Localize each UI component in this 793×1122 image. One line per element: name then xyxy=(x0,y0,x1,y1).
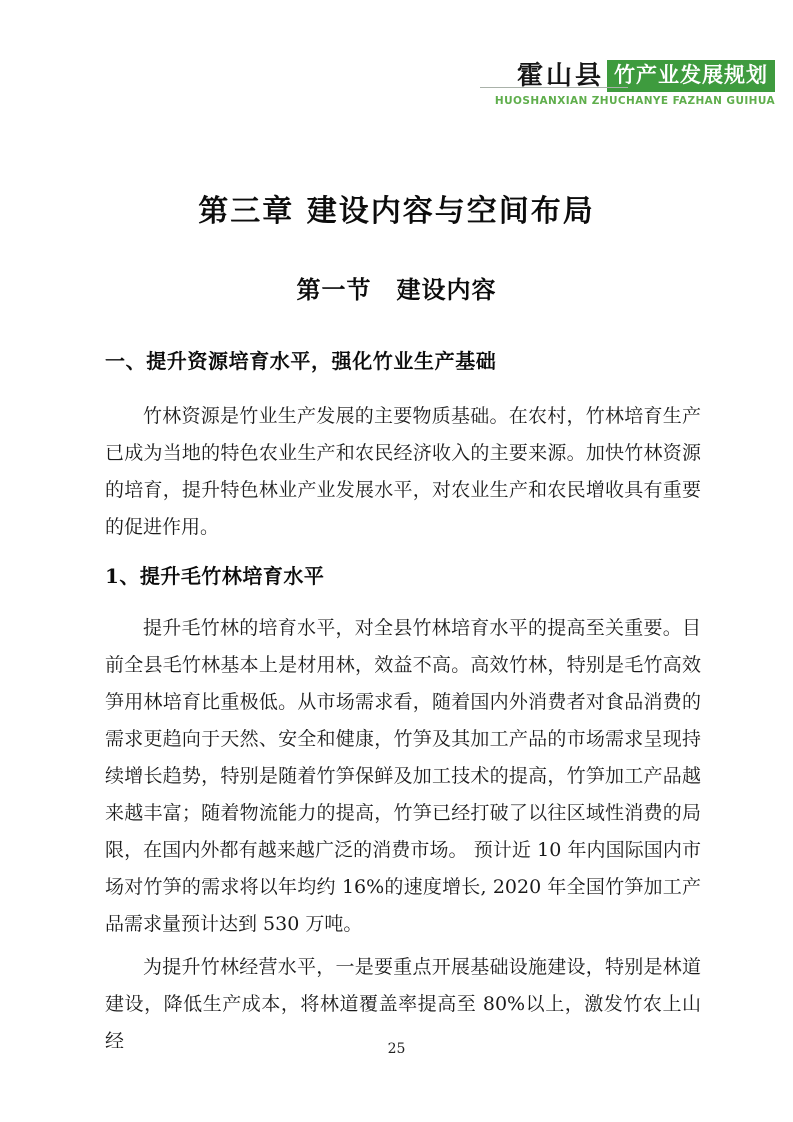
page-header: 霍山县 竹产业发展规划 HUOSHANXIAN ZHUCHANYE FAZHAN… xyxy=(495,60,775,107)
section-title: 第一节 建设内容 xyxy=(0,274,793,306)
header-subtitle-pinyin: HUOSHANXIAN ZHUCHANYE FAZHAN GUIHUA xyxy=(495,95,775,107)
heading-level-1: 一、提升资源培育水平，强化竹业生产基础 xyxy=(105,347,705,375)
plan-title-badge: 竹产业发展规划 xyxy=(607,60,775,92)
subheading-1: 1、提升毛竹林培育水平 xyxy=(105,562,705,590)
paragraph-1: 竹林资源是竹业生产发展的主要物质基础。在农村，竹林培育生产已成为当地的特色农业生… xyxy=(105,398,701,546)
header-title-row: 霍山县 竹产业发展规划 xyxy=(495,60,775,92)
county-name: 霍山县 xyxy=(517,60,607,92)
document-page: 霍山县 竹产业发展规划 HUOSHANXIAN ZHUCHANYE FAZHAN… xyxy=(0,0,793,1122)
chapter-title: 第三章 建设内容与空间布局 xyxy=(0,193,793,231)
paragraph-2: 提升毛竹林的培育水平，对全县竹林培育水平的提高至关重要。目前全县毛竹林基本上是材… xyxy=(105,610,701,943)
page-number: 25 xyxy=(0,1041,793,1057)
